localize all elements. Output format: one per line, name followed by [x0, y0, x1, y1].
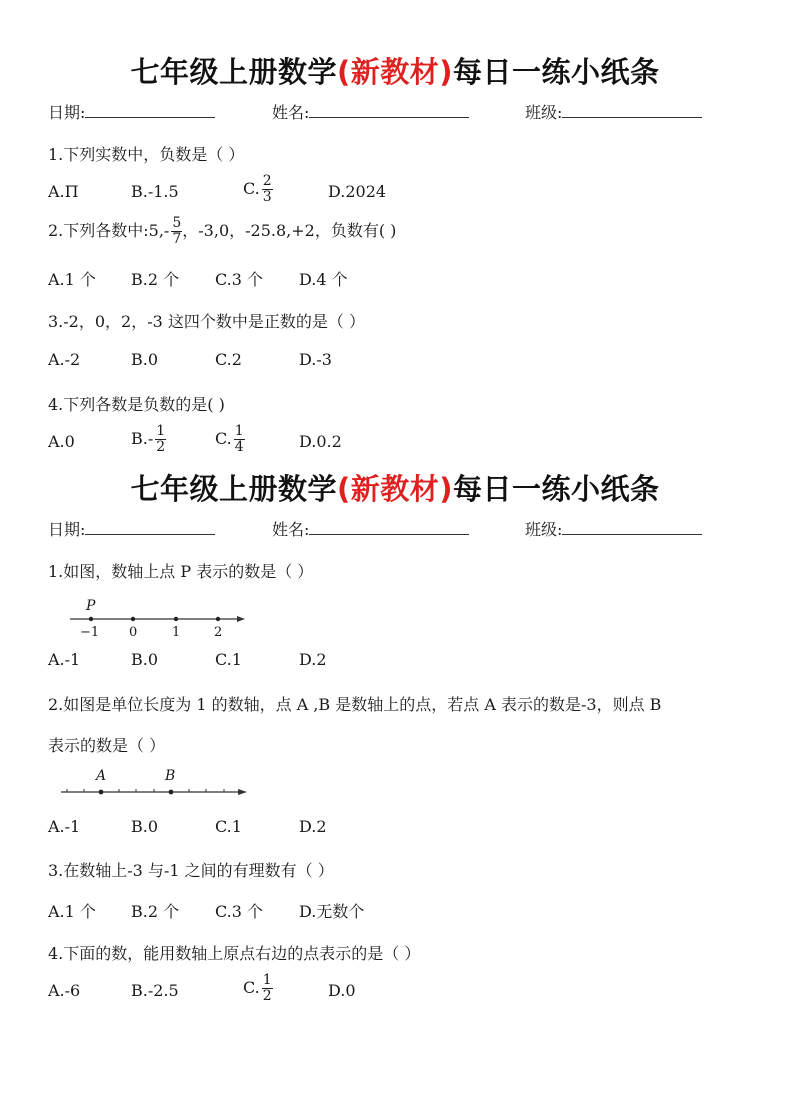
denominator: 7: [172, 232, 181, 247]
class-label: 班级:: [525, 103, 562, 122]
question-4: 4.下列各数是负数的是( ): [48, 392, 225, 415]
option-d[interactable]: D.2: [299, 817, 327, 836]
option-a[interactable]: A.1 个: [48, 899, 96, 922]
option-a[interactable]: A.-2: [48, 350, 80, 369]
option-a[interactable]: A.-1: [48, 817, 80, 836]
numerator: 2: [262, 174, 273, 190]
question-2-continued: 表示的数是（ ）: [48, 733, 165, 756]
class-label: 班级:: [525, 520, 562, 539]
name-blank[interactable]: [309, 520, 469, 535]
sheet-1-title: 七年级上册数学(新教材)每日一练小纸条: [0, 50, 790, 91]
option-c[interactable]: C.1: [215, 817, 242, 836]
option-c[interactable]: C.1: [215, 650, 242, 669]
option-b[interactable]: B.-2.5: [131, 981, 179, 1000]
point-p-label: P: [86, 598, 95, 614]
option-b[interactable]: B.0: [131, 650, 158, 669]
name-label: 姓名:: [272, 520, 309, 539]
title-highlight: (新教材): [337, 55, 453, 89]
title-text-end: 每日一练小纸条: [453, 472, 660, 506]
option-prefix: C.: [243, 179, 260, 198]
question-text: 2.下列各数中:5,-: [48, 221, 169, 240]
option-c[interactable]: C.3 个: [215, 267, 263, 290]
option-a[interactable]: A.0: [48, 432, 75, 451]
tick-label: 0: [129, 625, 137, 640]
tick-label: −1: [80, 625, 99, 640]
option-c[interactable]: C.12: [243, 973, 273, 1004]
question-text-end: ，-3,0，-25.8,+2，负数有( ): [182, 221, 396, 240]
question-3: 3.-2，0，2，-3 这四个数中是正数的是（ ）: [48, 309, 365, 332]
fraction: 57: [171, 216, 182, 247]
option-c[interactable]: C.23: [243, 174, 273, 205]
name-field[interactable]: 姓名:: [272, 100, 469, 123]
denominator: 2: [156, 440, 165, 455]
question-2: 2.下列各数中:5,-57，-3,0，-25.8,+2，负数有( ): [48, 216, 396, 247]
option-a[interactable]: A.Π: [48, 182, 79, 201]
number-line-ab-diagram: [55, 780, 255, 804]
title-text-end: 每日一练小纸条: [453, 55, 660, 89]
class-field[interactable]: 班级:: [525, 100, 702, 123]
numerator: 1: [234, 424, 245, 440]
denominator: 3: [263, 190, 272, 205]
question-2: 2.如图是单位长度为 1 的数轴，点 A ,B 是数轴上的点，若点 A 表示的数…: [48, 692, 661, 715]
name-label: 姓名:: [272, 103, 309, 122]
date-blank[interactable]: [85, 103, 215, 118]
tick-label: 1: [172, 625, 180, 640]
option-d[interactable]: D.0: [328, 981, 356, 1000]
question-1: 1.如图，数轴上点 P 表示的数是（ ）: [48, 559, 313, 582]
option-d[interactable]: D.无数个: [299, 899, 364, 922]
option-b[interactable]: B.-1.5: [131, 182, 179, 201]
numerator: 1: [155, 424, 166, 440]
point-b-label: B: [165, 768, 175, 784]
numerator: 1: [262, 973, 273, 989]
option-d[interactable]: D.2: [299, 650, 327, 669]
fraction: 23: [262, 174, 273, 205]
date-field[interactable]: 日期:: [48, 517, 215, 540]
option-d[interactable]: D.4 个: [299, 267, 348, 290]
date-label: 日期:: [48, 520, 85, 539]
option-a[interactable]: A.-1: [48, 650, 80, 669]
tick-label: 2: [214, 625, 222, 640]
class-blank[interactable]: [562, 520, 702, 535]
option-c[interactable]: C.14: [215, 424, 245, 455]
title-highlight: (新教材): [337, 472, 453, 506]
question-4: 4.下面的数，能用数轴上原点右边的点表示的是（ ）: [48, 941, 420, 964]
numerator: 5: [171, 216, 182, 232]
date-label: 日期:: [48, 103, 85, 122]
option-b[interactable]: B.2 个: [131, 267, 179, 290]
sheet-2-title: 七年级上册数学(新教材)每日一练小纸条: [0, 467, 790, 508]
question-3: 3.在数轴上-3 与-1 之间的有理数有（ ）: [48, 858, 334, 881]
date-blank[interactable]: [85, 520, 215, 535]
date-field[interactable]: 日期:: [48, 100, 215, 123]
option-b[interactable]: B.0: [131, 817, 158, 836]
class-field[interactable]: 班级:: [525, 517, 702, 540]
title-text: 七年级上册数学: [130, 55, 337, 89]
option-c[interactable]: C.2: [215, 350, 242, 369]
option-b[interactable]: B.-12: [131, 424, 166, 455]
option-prefix: B.-: [131, 429, 153, 448]
name-field[interactable]: 姓名:: [272, 517, 469, 540]
option-c[interactable]: C.3 个: [215, 899, 263, 922]
denominator: 4: [235, 440, 244, 455]
option-d[interactable]: D.-3: [299, 350, 332, 369]
denominator: 2: [263, 989, 272, 1004]
option-a[interactable]: A.1 个: [48, 267, 96, 290]
option-prefix: C.: [215, 429, 232, 448]
option-b[interactable]: B.2 个: [131, 899, 179, 922]
option-b[interactable]: B.0: [131, 350, 158, 369]
fraction: 14: [234, 424, 245, 455]
question-1: 1.下列实数中，负数是（ ）: [48, 142, 244, 165]
option-d[interactable]: D.0.2: [299, 432, 342, 451]
title-text: 七年级上册数学: [130, 472, 337, 506]
class-blank[interactable]: [562, 103, 702, 118]
option-d[interactable]: D.2024: [328, 182, 386, 201]
fraction: 12: [155, 424, 166, 455]
option-prefix: C.: [243, 978, 260, 997]
fraction: 12: [262, 973, 273, 1004]
name-blank[interactable]: [309, 103, 469, 118]
option-a[interactable]: A.-6: [48, 981, 80, 1000]
point-a-label: A: [96, 768, 106, 784]
